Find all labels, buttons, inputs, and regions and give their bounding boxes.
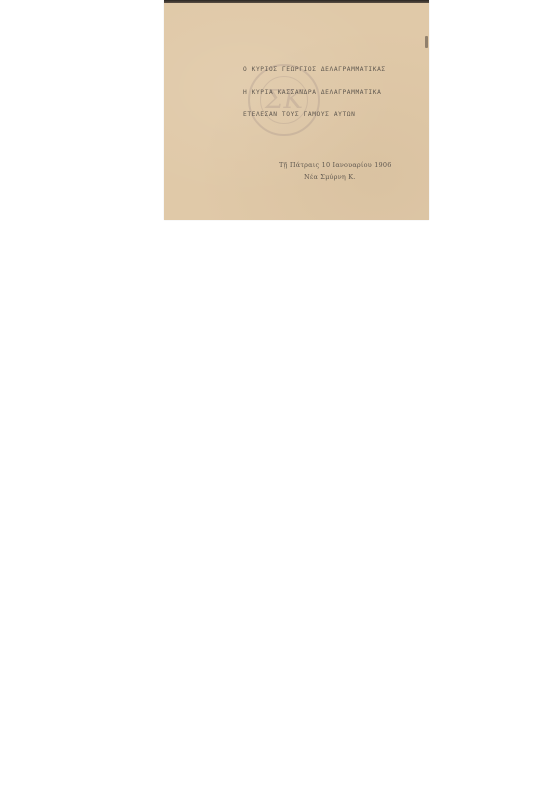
announcement-line-2: Η ΚΥΡΙΑ ΚΑΣΣΑΝΔΡΑ ΔΕΛΑΓΡΑΜΜΑΤΙΚΑ [243, 89, 381, 96]
announcement-line-1: Ο ΚΥΡΙΟΣ ΓΕΩΡΓΙΟΣ ΔΕΛΑΓΡΑΜΜΑΤΙΚΑΣ [243, 66, 386, 73]
announcement-line-3: ΕΤΕΛΕΣΑΝ ΤΟΥΣ ΓΑΜΟΥΣ ΑΥΤΩΝ [243, 111, 355, 118]
card-top-edge [164, 0, 429, 3]
announcement-card: ΣΚ Ο ΚΥΡΙΟΣ ΓΕΩΡΓΙΟΣ ΔΕΛΑΓΡΑΜΜΑΤΙΚΑΣ Η Κ… [164, 0, 429, 220]
page: ΣΚ Ο ΚΥΡΙΟΣ ΓΕΩΡΓΙΟΣ ΔΕΛΑΓΡΑΜΜΑΤΙΚΑΣ Η Κ… [0, 0, 549, 800]
library-stamp: ΣΚ [248, 64, 320, 136]
date-line: Τῇ Πάτραις 10 Ιανουαρίου 1906 [279, 161, 392, 169]
card-edge-mark [425, 36, 428, 48]
stamp-monogram: ΣΚ [250, 66, 318, 134]
closing-line: Νέα Σμύρνη Κ. [304, 173, 356, 181]
